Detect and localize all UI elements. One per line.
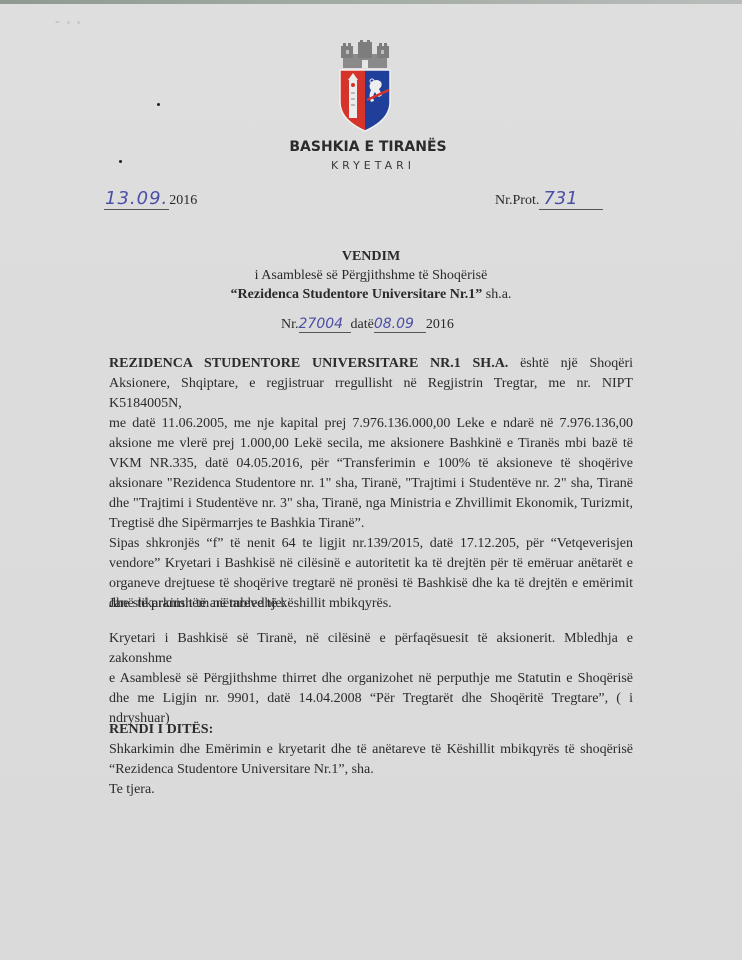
text-line: dhe "Trajtimi i Studentëve nr. 3" sha, T… (109, 494, 633, 514)
company-suffix: sh.a. (482, 287, 511, 302)
title-assembly: i Asamblesë së Përgjithshme të Shoqërisë (0, 266, 742, 285)
text-line: vendore” Kryetari i Bashkisë në cilësinë… (109, 554, 633, 574)
text-line: aksione me vlerë prej 1.000,00 Lekë seci… (109, 434, 633, 454)
document-date: 13.09.2016 (104, 188, 197, 209)
agenda-item: Te tjera. (109, 780, 633, 800)
tirana-coat-of-arms-icon (337, 40, 393, 132)
decision-year: 2016 (426, 317, 454, 332)
scanned-document-page: ⁼ ˢ ˢ (0, 0, 742, 960)
decision-number: Nr.27004datë08.092016 (281, 316, 454, 333)
title-vendim: VENDIM (0, 247, 742, 266)
text-line: REZIDENCA STUDENTORE UNIVERSITARE NR.1 S… (109, 354, 633, 374)
handwritten-decision-number: 27004 (299, 316, 351, 333)
text-line: Kryetari i Bashkisë së Tiranë, në cilësi… (109, 629, 633, 669)
company-lead: REZIDENCA STUDENTORE UNIVERSITARE NR.1 S… (109, 356, 508, 371)
protocol-number: Nr.Prot.731 (495, 188, 603, 210)
organization-name: BASHKIA E TIRANËS (0, 139, 733, 155)
document-title: VENDIM i Asamblesë së Përgjithshme të Sh… (0, 247, 742, 304)
agenda-item: “Rezidenca Studentore Universitare Nr.1”… (109, 760, 633, 780)
paragraph-attendance: Janë të pranishëm në mbledhje: (109, 594, 633, 614)
text-line: organeve drejtuese të shoqërive tregtarë… (109, 574, 633, 594)
text-line: e Asamblesë së Përgjithshme thirret dhe … (109, 669, 633, 689)
scan-top-edge (0, 0, 742, 4)
text-line: Tregtisë dhe Sipërmarrjes te Bashkia Tir… (109, 514, 633, 534)
paragraph-agenda: RENDI I DITËS: Shkarkimin dhe Emërimin e… (109, 720, 633, 800)
faint-scan-marks: ⁼ ˢ ˢ (55, 20, 82, 30)
text-line: VKM NR.335, datë 04.05.2016, për “Transf… (109, 454, 633, 474)
handwritten-date: 13.09. (104, 188, 169, 210)
date-year: 2016 (169, 193, 197, 208)
scan-speck (157, 103, 160, 106)
text-line: Sipas shkronjës “f” të nenit 64 te ligji… (109, 534, 633, 554)
agenda-item: Shkarkimin dhe Emërimin e kryetarit dhe … (109, 740, 633, 760)
handwritten-decision-date: 08.09 (374, 316, 426, 333)
text-line: Janë të pranishëm në mbledhje: (109, 594, 633, 614)
date-label: datë (351, 317, 374, 332)
office-name: KRYETARI (0, 159, 738, 172)
company-name: “Rezidenca Studentore Universitare Nr.1” (231, 287, 483, 302)
nr-label: Nr. (281, 317, 299, 332)
text-line: aksionare "Rezidenca Studentore nr. 1" s… (109, 474, 633, 494)
text-line: Aksionere, Shqiptare, e regjistruar rreg… (109, 374, 633, 414)
paragraph-company-description: REZIDENCA STUDENTORE UNIVERSITARE NR.1 S… (109, 354, 633, 614)
handwritten-protocol-number: 731 (539, 188, 603, 210)
protocol-label: Nr.Prot. (495, 193, 539, 208)
text-line: me datë 11.06.2005, me nje kapital prej … (109, 414, 633, 434)
title-company: “Rezidenca Studentore Universitare Nr.1”… (0, 285, 742, 304)
text-line: dhe me Ligjin nr. 9901, datë 14.04.2008 … (109, 689, 633, 709)
agenda-heading: RENDI I DITËS: (109, 720, 633, 740)
paragraph-attendees: Kryetari i Bashkisë së Tiranë, në cilësi… (109, 629, 633, 729)
